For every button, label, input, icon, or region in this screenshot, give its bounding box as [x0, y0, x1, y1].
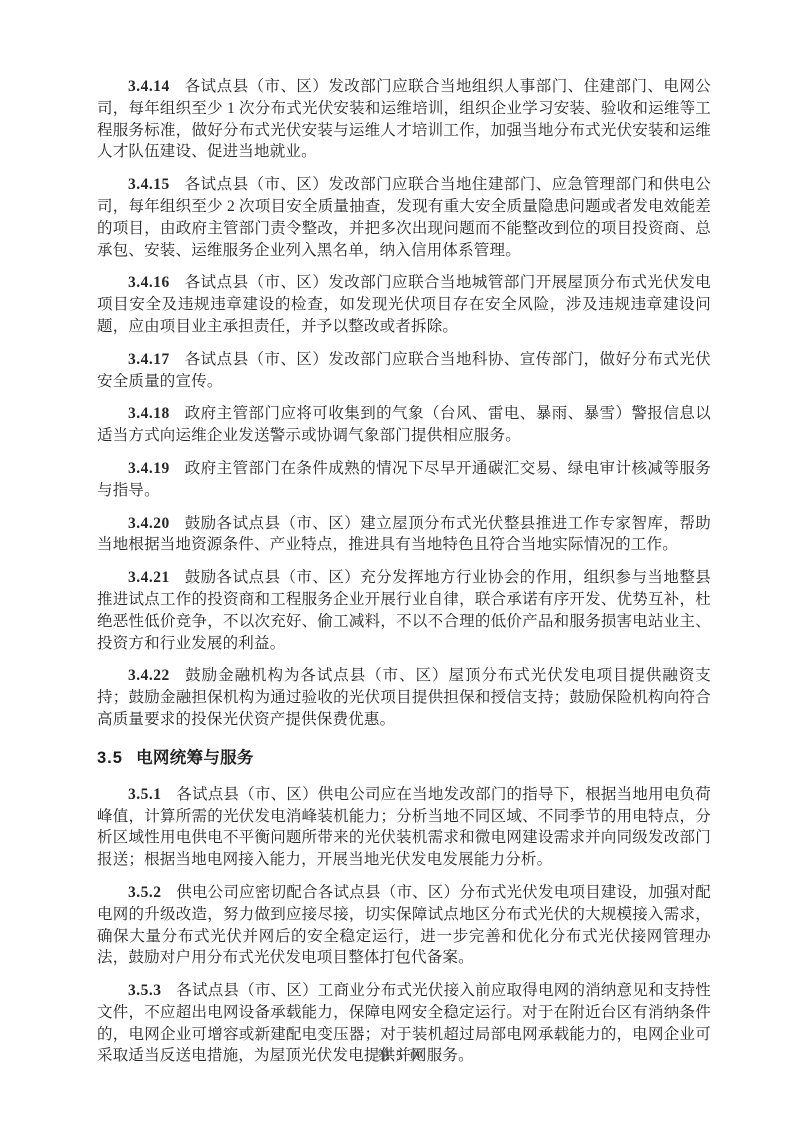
clause-number: 3.4.18: [128, 405, 184, 422]
clause-number: 3.5.1: [128, 786, 176, 803]
clause-text: 政府主管部门应将可收集到的气象（台风、雷电、暴雨、暴雪）警报信息以适当方式向运维…: [97, 405, 711, 444]
clause-3-4-14: 3.4.14各试点县（市、区）发改部门应联合当地组织人事部门、住建部门、电网公司…: [97, 76, 711, 163]
clause-text: 各试点县（市、区）发改部门应联合当地住建部门、应急管理部门和供电公司，每年组织至…: [97, 176, 711, 258]
clause-3-5-1: 3.5.1各试点县（市、区）供电公司应在当地发改部门的指导下，根据当地用电负荷峰…: [97, 784, 711, 871]
clause-text: 鼓励各试点县（市、区）建立屋顶分布式光伏整县推进工作专家智库，帮助当地根据当地资…: [97, 515, 711, 554]
clause-text: 鼓励金融机构为各试点县（市、区）屋顶分布式光伏发电项目提供融资支持；鼓励金融担保…: [97, 667, 711, 728]
clause-text: 鼓励各试点县（市、区）充分发挥地方行业协会的作用，组织参与当地整县推进试点工作的…: [97, 569, 711, 651]
clause-3-4-20: 3.4.20鼓励各试点县（市、区）建立屋顶分布式光伏整县推进工作专家智库，帮助当…: [97, 513, 711, 557]
section-heading-3-5: 3.5电网统筹与服务: [97, 747, 711, 769]
clause-text: 供电公司应密切配合各试点县（市、区）分布式光伏发电项目建设，加强对配电网的升级改…: [97, 884, 711, 966]
clause-number: 3.4.17: [128, 351, 184, 368]
clause-number: 3.4.19: [128, 460, 184, 477]
clause-text: 各试点县（市、区）发改部门应联合当地科协、宣传部门，做好分布式光伏安全质量的宣传…: [97, 351, 711, 390]
clause-3-4-22: 3.4.22鼓励金融机构为各试点县（市、区）屋顶分布式光伏发电项目提供融资支持；…: [97, 665, 711, 730]
clause-number: 3.5.3: [128, 982, 176, 999]
clause-text: 各试点县（市、区）发改部门应联合当地组织人事部门、住建部门、电网公司，每年组织至…: [97, 78, 711, 160]
section-heading-title: 电网统筹与服务: [136, 749, 254, 767]
clause-3-4-19: 3.4.19政府主管部门在条件成熟的情况下尽早开通碳汇交易、绿电审计核减等服务与…: [97, 458, 711, 502]
clause-number: 3.4.14: [128, 78, 184, 95]
clause-3-4-17: 3.4.17各试点县（市、区）发改部门应联合当地科协、宣传部门，做好分布式光伏安…: [97, 349, 711, 393]
section-heading-number: 3.5: [97, 749, 136, 767]
clause-text: 政府主管部门在条件成熟的情况下尽早开通碳汇交易、绿电审计核减等服务与指导。: [97, 460, 711, 499]
clause-text: 各试点县（市、区）发改部门应联合当地城管部门开展屋顶分布式光伏发电项目安全及违规…: [97, 274, 711, 335]
clause-text: 各试点县（市、区）供电公司应在当地发改部门的指导下，根据当地用电负荷峰值，计算所…: [97, 786, 711, 868]
clause-3-5-2: 3.5.2供电公司应密切配合各试点县（市、区）分布式光伏发电项目建设，加强对配电…: [97, 882, 711, 969]
clause-number: 3.5.2: [128, 884, 176, 901]
clause-number: 3.4.15: [128, 176, 184, 193]
clause-3-4-18: 3.4.18政府主管部门应将可收集到的气象（台风、雷电、暴雨、暴雪）警报信息以适…: [97, 403, 711, 447]
page-number: 第 5 页: [0, 1044, 800, 1064]
clause-3-4-16: 3.4.16各试点县（市、区）发改部门应联合当地城管部门开展屋顶分布式光伏发电项…: [97, 272, 711, 337]
clause-number: 3.4.21: [128, 569, 184, 586]
clause-number: 3.4.16: [128, 274, 184, 291]
document-content: 3.4.14各试点县（市、区）发改部门应联合当地组织人事部门、住建部门、电网公司…: [97, 76, 711, 1078]
clause-3-4-21: 3.4.21鼓励各试点县（市、区）充分发挥地方行业协会的作用，组织参与当地整县推…: [97, 567, 711, 654]
clause-number: 3.4.22: [128, 667, 184, 684]
clause-3-4-15: 3.4.15各试点县（市、区）发改部门应联合当地住建部门、应急管理部门和供电公司…: [97, 174, 711, 261]
document-page: 3.4.14各试点县（市、区）发改部门应联合当地组织人事部门、住建部门、电网公司…: [0, 0, 800, 1130]
clause-number: 3.4.20: [128, 515, 184, 532]
